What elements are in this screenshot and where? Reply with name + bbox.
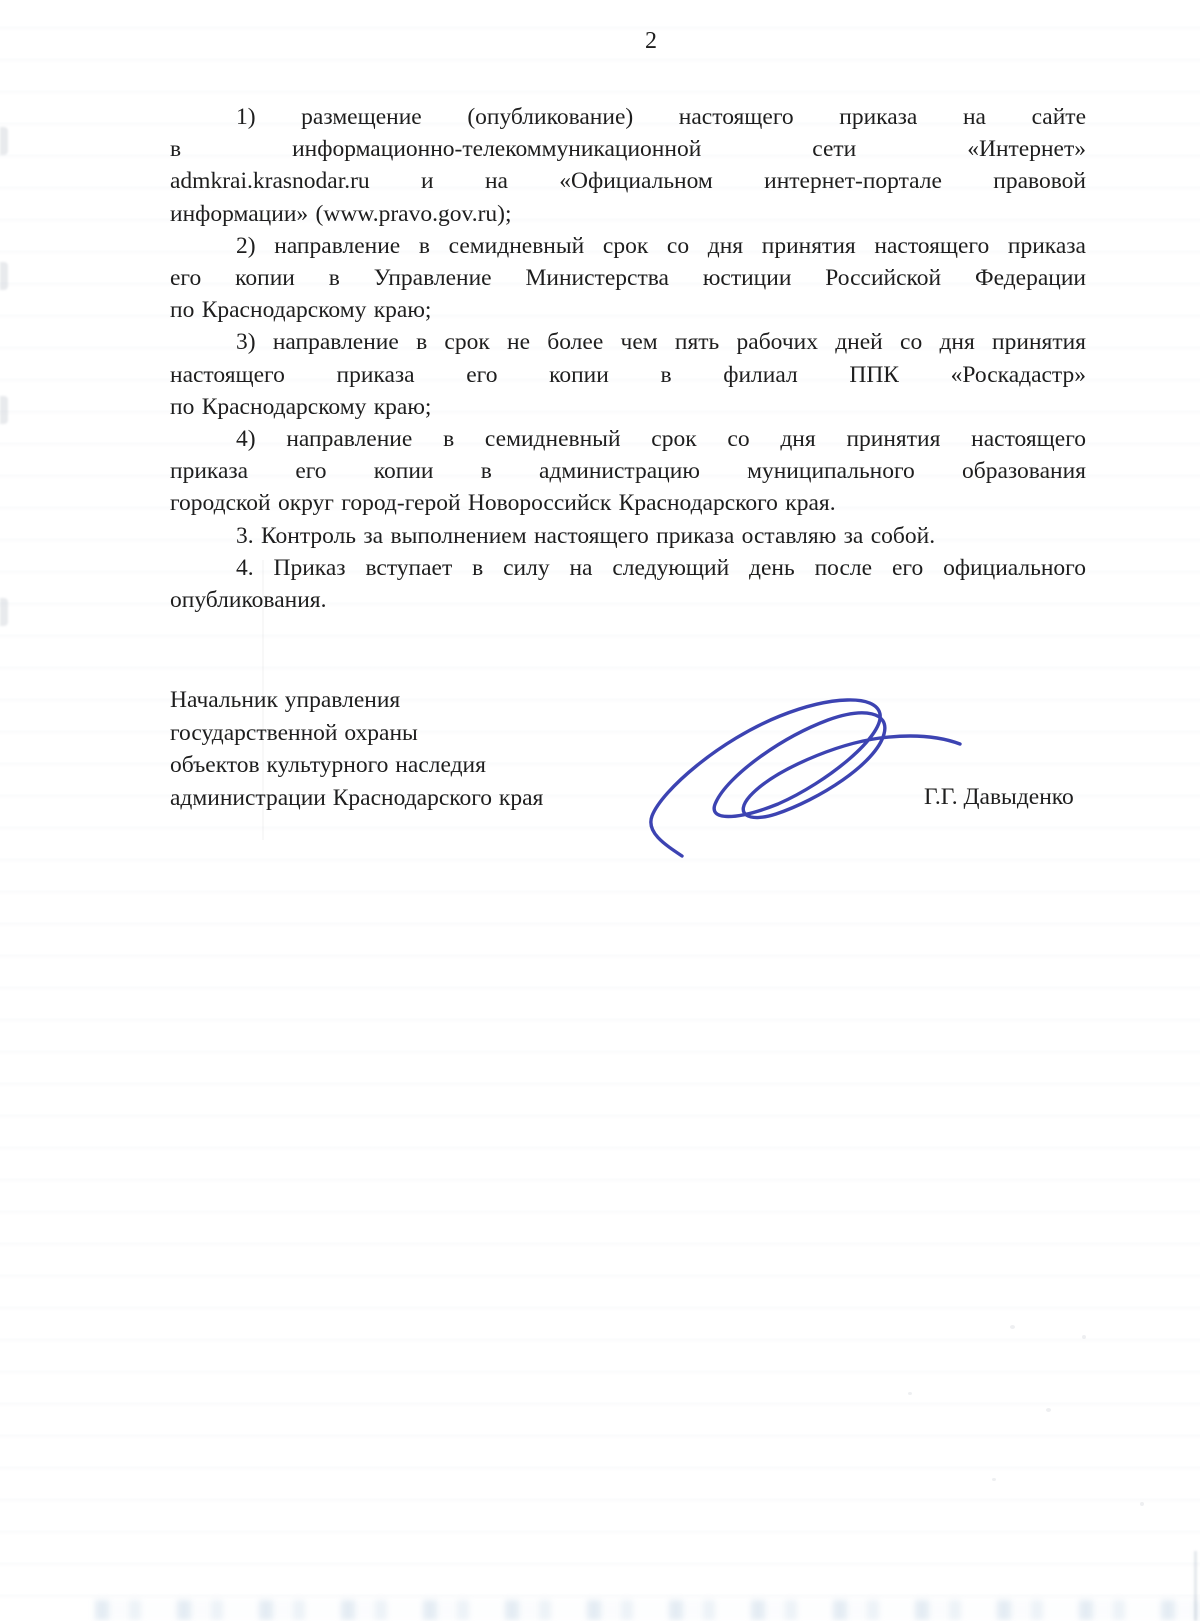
text-line: 3. Контроль за выполнением настоящего пр… [170, 520, 1086, 552]
paragraph: 2) направление в семидневный срок со дня… [170, 230, 1086, 327]
paragraph: 3) направление в срок не более чем пять … [170, 326, 1086, 423]
scan-edge-mark [0, 262, 8, 290]
signer-title-line: администрации Краснодарского края [170, 782, 543, 815]
text-line: опубликования. [170, 584, 1086, 616]
page-number: 2 [645, 28, 658, 55]
scan-speck [1082, 1335, 1086, 1339]
scan-speck [1140, 1502, 1144, 1506]
scan-speck [908, 1392, 912, 1395]
paragraph: 4) направление в семидневный срок со дня… [170, 423, 1086, 520]
handwritten-signature [628, 692, 973, 862]
text-line: городской округ город-герой Новороссийск… [170, 487, 1086, 519]
text-line: информации» (www.pravo.gov.ru); [170, 198, 1086, 230]
text-line: настоящего приказа его копии в филиал ПП… [170, 359, 1086, 391]
paragraph: 4. Приказ вступает в силу на следующий д… [170, 552, 1086, 616]
text-line: 3) направление в срок не более чем пять … [170, 326, 1086, 358]
text-line: в информационно-телекоммуникационной сет… [170, 133, 1086, 165]
scan-bottom-artifact [95, 1600, 1200, 1620]
scan-speck [1046, 1408, 1051, 1412]
text-line: по Краснодарскому краю; [170, 294, 1086, 326]
paragraph: 3. Контроль за выполнением настоящего пр… [170, 520, 1086, 552]
scanned-document-page: { "colors": { "text": "#1e1e1e", "signat… [0, 0, 1200, 1621]
paragraph: 1) размещение (опубликование) настоящего… [170, 101, 1086, 230]
text-line: admkrai.krasnodar.ru и на «Официальном и… [170, 165, 1086, 197]
scan-edge-mark [0, 396, 8, 424]
signature-title-block: Начальник управления государственной охр… [170, 684, 543, 814]
scan-speck [1010, 1325, 1015, 1329]
document-body: 1) размещение (опубликование) настоящего… [170, 101, 1086, 616]
text-line: приказа его копии в администрацию муници… [170, 455, 1086, 487]
text-line: 2) направление в семидневный срок со дня… [170, 230, 1086, 262]
text-line: его копии в Управление Министерства юсти… [170, 262, 1086, 294]
signature-stroke [651, 700, 960, 856]
text-line: 4) направление в семидневный срок со дня… [170, 423, 1086, 455]
scan-speck [992, 1478, 996, 1481]
scan-fold-line [262, 560, 264, 840]
text-line: 4. Приказ вступает в силу на следующий д… [170, 552, 1086, 584]
signer-title-line: объектов культурного наследия [170, 749, 543, 782]
signer-name: Г.Г. Давыденко [924, 784, 1074, 811]
text-line: 1) размещение (опубликование) настоящего… [170, 101, 1086, 133]
scan-edge-mark [0, 127, 8, 155]
signer-title-line: государственной охраны [170, 717, 543, 750]
scan-right-edge-artifact [1194, 1551, 1197, 1621]
scan-edge-mark [0, 598, 8, 626]
text-line: по Краснодарскому краю; [170, 391, 1086, 423]
signer-title-line: Начальник управления [170, 684, 543, 717]
